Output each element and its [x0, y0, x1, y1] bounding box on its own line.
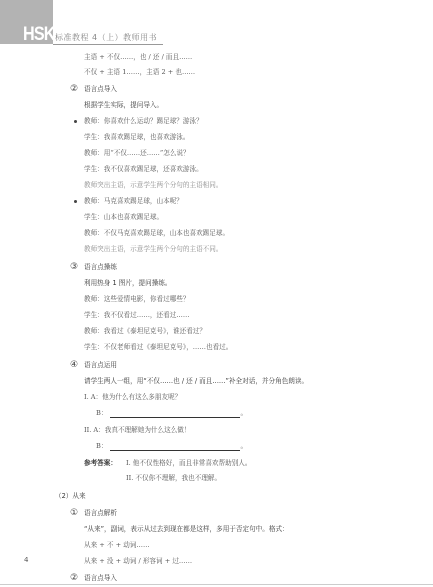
step-intro: 根据学生实际，提问导入。	[84, 101, 163, 110]
bullet-icon	[74, 120, 77, 123]
dialog-line: 学生：我喜欢踢足球，也喜欢游泳。	[84, 133, 190, 142]
answer-blank	[110, 443, 240, 451]
exercise-answer-row: B：。	[96, 442, 247, 451]
reference-answer: II. 不仅你不理解，我也不理解。	[126, 474, 221, 483]
dialog-line: 教师：马克喜欢踢足球，山本呢？	[84, 197, 183, 206]
teacher-note: 教师突出主语，示意学生两个分句的主语不同。	[84, 245, 222, 254]
answer-label: B：	[96, 442, 107, 450]
formula-line: 从来 + 没 + 动词 / 形容词 + 过……	[84, 557, 192, 566]
step-number: ④	[70, 360, 78, 370]
page-number: 4	[24, 556, 28, 564]
period: 。	[240, 409, 247, 417]
bullet-icon	[74, 200, 77, 203]
period: 。	[240, 442, 247, 450]
teacher-note: 教师突出主语，示意学生两个分句的主语相同。	[84, 181, 222, 190]
dialog-line: 学生：山本也喜欢踢足球。	[84, 213, 163, 222]
step-number: ②	[70, 573, 78, 583]
dialog-line: 学生：我不仅看过……，还看过……	[84, 311, 190, 320]
step-title: 语言点运用	[84, 361, 117, 370]
exercise-question: I. A：他为什么有这么多朋友呢？	[84, 393, 181, 402]
dialog-line: 学生：我不仅喜欢踢足球，还喜欢游泳。	[84, 165, 203, 174]
dialog-line: 教师：用“不仅……还……”怎么说？	[84, 149, 190, 158]
section-heading: （2）从来	[55, 492, 86, 501]
dialog-line: 教师：不仅马克喜欢踢足球，山本也喜欢踢足球。	[84, 229, 229, 238]
answer-label: B：	[96, 409, 107, 417]
step-title: 语言点操练	[84, 263, 117, 272]
hsk-logo: HSK	[23, 24, 55, 46]
step-title: 语言点导入	[84, 574, 117, 583]
answer-blank	[110, 410, 240, 418]
grammar-description: “从来”，副词，表示从过去到现在都是这样，多用于否定句中。格式：	[84, 525, 289, 534]
book-title: 标准教程 4（上）教师用书	[55, 32, 157, 43]
bottom-divider	[0, 584, 433, 585]
step-intro: 利用热身 1 图片，提问操练。	[84, 279, 172, 288]
formula-line: 从来 + 不 + 动词……	[84, 541, 150, 550]
step-title: 语言点导入	[84, 85, 117, 94]
step-number: ②	[70, 84, 78, 94]
reference-answer-label: 参考答案：	[84, 459, 117, 468]
step-number: ①	[70, 508, 78, 518]
dialog-line: 学生：不仅老师看过《泰坦尼克号》，……也看过。	[84, 343, 232, 352]
formula-line: 不仅 + 主语 1……，主语 2 + 也……	[84, 68, 195, 77]
title-divider	[53, 44, 163, 45]
step-intro: 请学生两人一组，用“不仅……也 / 还 / 而且……”补全对话，并分角色朗读。	[84, 377, 308, 386]
reference-answer: I. 他不仅性格好，而且非常喜欢帮助别人。	[126, 459, 251, 468]
dialog-line: 教师：我看过《泰坦尼克号》，谁还看过？	[84, 327, 206, 336]
formula-line: 主语 + 不仅……，也 / 还 / 而且……	[84, 53, 192, 62]
exercise-answer-row: B：。	[96, 409, 247, 418]
exercise-question: II. A：我真不理解她为什么这么做！	[84, 426, 190, 435]
dialog-line: 教师：这些爱情电影，你看过哪些？	[84, 295, 190, 304]
dialog-line: 教师：你喜欢什么运动？踢足球？游泳？	[84, 117, 203, 126]
step-title: 语言点解析	[84, 509, 117, 518]
step-number: ③	[70, 262, 78, 272]
